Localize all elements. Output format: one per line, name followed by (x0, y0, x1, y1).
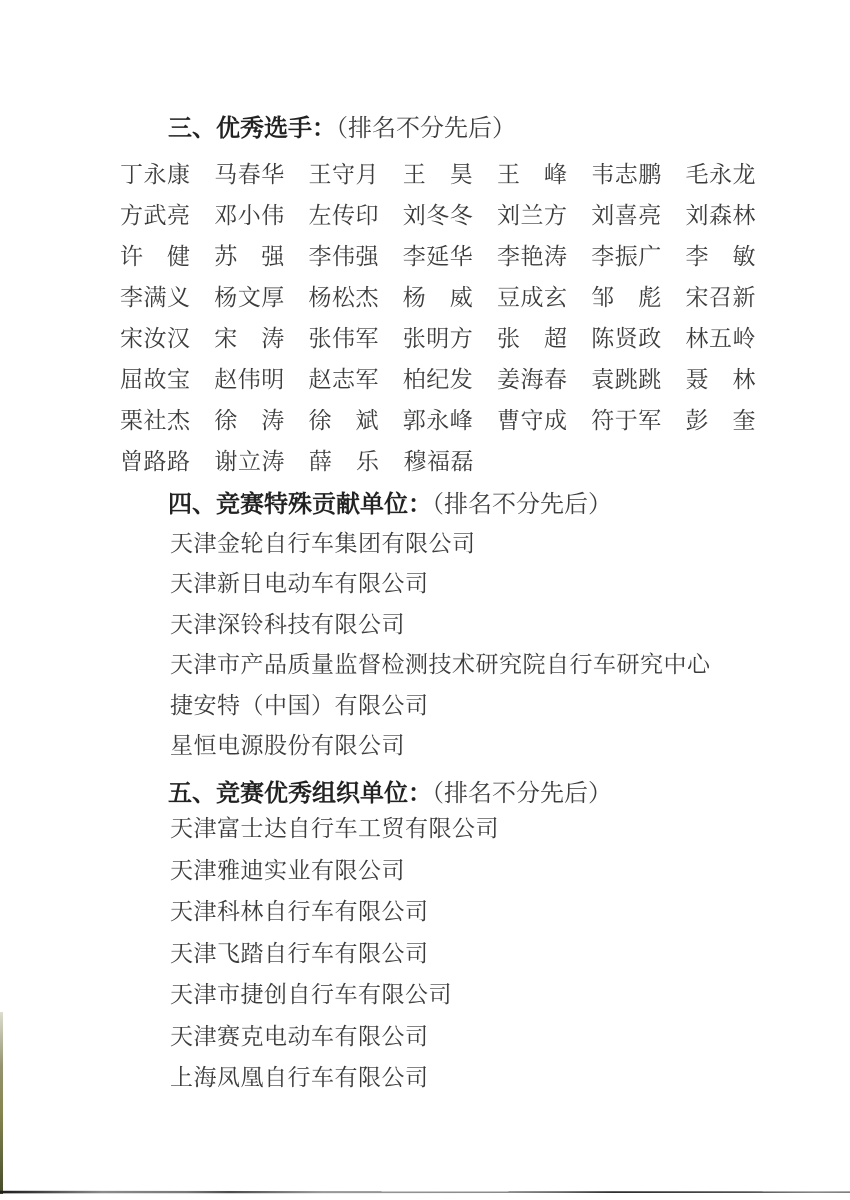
section-heading-title: 四、竞赛特殊贡献单位： (168, 492, 432, 518)
person-name: 杨松杰 (309, 277, 380, 318)
person-name: 杨文厚 (214, 277, 285, 318)
person-name: 曹守成 (497, 400, 568, 441)
person-name: 姜海春 (497, 359, 568, 400)
person-name: 彭 奎 (686, 400, 757, 441)
person-name: 王 昊 (403, 154, 474, 195)
person-name: 许 健 (120, 236, 191, 277)
section-heading-special-contribution: 四、竞赛特殊贡献单位：（排名不分先后） (168, 489, 612, 521)
person-name: 袁跳跳 (591, 359, 662, 400)
scan-edge-artifact-left (0, 1012, 3, 1194)
company-name: 天津市捷创自行车有限公司 (170, 974, 499, 1016)
person-name: 谢立涛 (215, 441, 286, 482)
person-name: 韦志鹏 (591, 154, 662, 195)
name-row: 李满义杨文厚杨松杰杨 威豆成玄邹 彪宋召新 (120, 277, 756, 318)
person-name: 刘兰方 (497, 195, 568, 236)
section-heading-excellent-players: 三、优秀选手：（排名不分先后） (168, 113, 516, 145)
scan-edge-artifact-bottom (0, 1190, 850, 1194)
person-name: 左传印 (309, 195, 380, 236)
company-name: 星恒电源股份有限公司 (170, 726, 711, 766)
company-name: 天津深铃科技有限公司 (170, 605, 711, 645)
person-name: 李 敏 (686, 236, 757, 277)
person-name: 杨 威 (403, 277, 474, 318)
person-name: 邹 彪 (591, 277, 662, 318)
name-row: 曾路路谢立涛薛 乐穆福磊 (120, 441, 756, 482)
person-name: 聂 林 (686, 359, 757, 400)
person-name: 赵伟明 (214, 359, 285, 400)
company-name: 捷安特（中国）有限公司 (170, 686, 711, 726)
person-name: 符于军 (591, 400, 662, 441)
person-name: 刘森林 (686, 195, 757, 236)
person-name: 穆福磊 (404, 441, 475, 482)
person-name: 郭永峰 (403, 400, 474, 441)
person-name: 王守月 (309, 154, 380, 195)
company-name: 天津飞踏自行车有限公司 (170, 933, 499, 975)
company-name: 天津科林自行车有限公司 (170, 891, 499, 933)
person-name: 屈故宝 (120, 359, 191, 400)
company-name: 天津金轮自行车集团有限公司 (170, 524, 711, 564)
person-name: 方武亮 (120, 195, 191, 236)
person-name: 豆成玄 (497, 277, 568, 318)
person-name: 宋 涛 (214, 318, 285, 359)
person-name: 柏纪发 (403, 359, 474, 400)
special-contribution-company-list: 天津金轮自行车集团有限公司天津新日电动车有限公司天津深铃科技有限公司天津市产品质… (170, 524, 711, 766)
section-heading-note: （排名不分先后） (432, 781, 612, 807)
person-name: 张明方 (403, 318, 474, 359)
person-name: 李艳涛 (497, 236, 568, 277)
name-row: 屈故宝赵伟明赵志军柏纪发姜海春袁跳跳聂 林 (120, 359, 756, 400)
person-name: 曾路路 (120, 441, 191, 482)
section-heading-note: （排名不分先后） (336, 116, 516, 142)
person-name: 王 峰 (497, 154, 568, 195)
person-name: 刘冬冬 (403, 195, 474, 236)
person-name: 宋召新 (686, 277, 757, 318)
person-name: 徐 涛 (214, 400, 285, 441)
person-name: 丁永康 (120, 154, 191, 195)
person-name: 李振广 (591, 236, 662, 277)
person-name: 陈贤政 (591, 318, 662, 359)
person-name: 刘喜亮 (591, 195, 662, 236)
company-name: 天津富士达自行车工贸有限公司 (170, 808, 499, 850)
person-name: 栗社杰 (120, 400, 191, 441)
person-name: 李满义 (120, 277, 191, 318)
person-name: 李延华 (403, 236, 474, 277)
person-name: 张 超 (497, 318, 568, 359)
name-row: 栗社杰徐 涛徐 斌郭永峰曹守成符于军彭 奎 (120, 400, 756, 441)
section-heading-title: 三、优秀选手： (168, 116, 336, 142)
person-name: 李伟强 (309, 236, 380, 277)
name-row: 宋汝汉宋 涛张伟军张明方张 超陈贤政林五岭 (120, 318, 756, 359)
section-heading-note: （排名不分先后） (432, 492, 612, 518)
person-name: 赵志军 (309, 359, 380, 400)
person-name: 林五岭 (686, 318, 757, 359)
company-name: 天津雅迪实业有限公司 (170, 850, 499, 892)
person-name: 邓小伟 (214, 195, 285, 236)
person-name: 宋汝汉 (120, 318, 191, 359)
excellent-organization-company-list: 天津富士达自行车工贸有限公司天津雅迪实业有限公司天津科林自行车有限公司天津飞踏自… (170, 808, 499, 1099)
company-name: 天津新日电动车有限公司 (170, 564, 711, 604)
name-row: 丁永康马春华王守月王 昊王 峰韦志鹏毛永龙 (120, 154, 756, 195)
company-name: 上海凤凰自行车有限公司 (170, 1057, 499, 1099)
person-name: 苏 强 (214, 236, 285, 277)
company-name: 天津赛克电动车有限公司 (170, 1016, 499, 1058)
company-name: 天津市产品质量监督检测技术研究院自行车研究中心 (170, 645, 711, 685)
person-name: 徐 斌 (309, 400, 380, 441)
section-heading-excellent-organization: 五、竞赛优秀组织单位：（排名不分先后） (168, 778, 612, 810)
name-row: 许 健苏 强李伟强李延华李艳涛李振广李 敏 (120, 236, 756, 277)
players-name-list: 丁永康马春华王守月王 昊王 峰韦志鹏毛永龙方武亮邓小伟左传印刘冬冬刘兰方刘喜亮刘… (120, 154, 756, 482)
name-row: 方武亮邓小伟左传印刘冬冬刘兰方刘喜亮刘森林 (120, 195, 756, 236)
scanned-document-page: 三、优秀选手：（排名不分先后） 丁永康马春华王守月王 昊王 峰韦志鹏毛永龙方武亮… (0, 0, 850, 1200)
section-heading-title: 五、竞赛优秀组织单位： (168, 781, 432, 807)
person-name: 马春华 (214, 154, 285, 195)
person-name: 张伟军 (309, 318, 380, 359)
person-name: 毛永龙 (686, 154, 757, 195)
person-name: 薛 乐 (309, 441, 380, 482)
